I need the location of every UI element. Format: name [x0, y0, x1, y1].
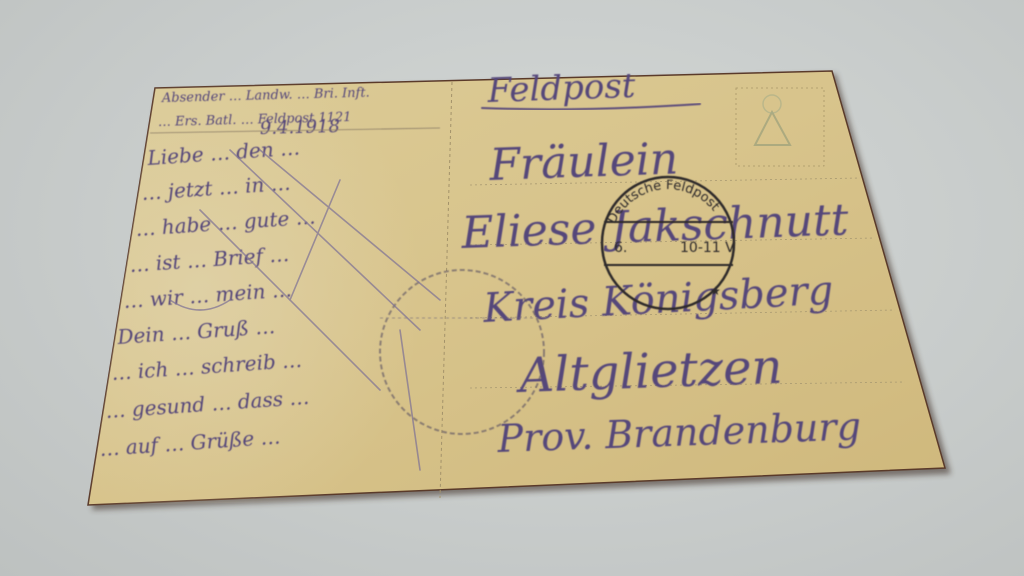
sender-date: 9.4.1918: [260, 116, 341, 139]
postmark-star-icon: ★: [710, 284, 721, 298]
photo-scene: Feldpost Fräulein Eliese Jakschnutt Krei…: [0, 0, 1024, 576]
header-feldpost: Feldpost: [486, 66, 636, 111]
address-line-4: Altglietzen: [514, 339, 783, 404]
postcard-photo: Feldpost Fräulein Eliese Jakschnutt Krei…: [0, 0, 1024, 576]
postmark-center-text: 10-11 V: [680, 240, 735, 256]
postmark-left-text: 6.: [614, 240, 627, 256]
